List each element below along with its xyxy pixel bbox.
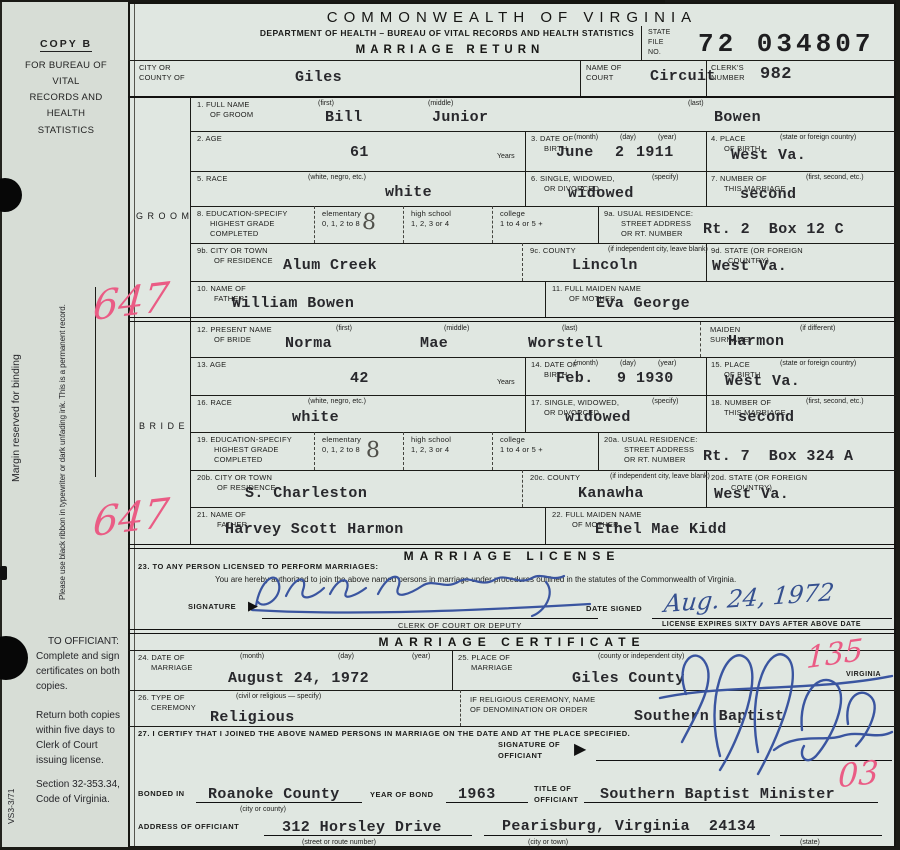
section-separator xyxy=(128,317,896,322)
label-line: NUMBER OF xyxy=(724,398,771,407)
rule xyxy=(190,243,896,244)
label-line: COMPLETED xyxy=(210,229,288,239)
license-expires-note: LICENSE EXPIRES SIXTY DAYS AFTER ABOVE D… xyxy=(662,621,861,628)
state-file-label: STATE FILE NO. xyxy=(648,28,671,58)
hint-independent-city: (if independent city, leave blank) xyxy=(608,246,708,253)
court-value: Circuit xyxy=(650,68,716,85)
label-line: NAME OF xyxy=(586,63,622,73)
scan-edge-top xyxy=(0,0,900,2)
divider xyxy=(545,281,546,318)
hint-specify: (specify) xyxy=(652,398,678,405)
label-line: elementary xyxy=(322,209,361,219)
signature-line xyxy=(262,618,598,619)
field-number: 23. xyxy=(138,562,150,571)
address-of-officiant-label: ADDRESS OF OFFICIANT xyxy=(138,822,239,831)
bride-birth-day: 9 xyxy=(617,370,626,387)
field-number: 4. xyxy=(711,134,718,143)
hint-month: (month) xyxy=(240,653,264,660)
hint-last: (last) xyxy=(688,100,704,107)
label-line: IF RELIGIOUS CEREMONY, NAME xyxy=(470,695,595,705)
ink-stroke xyxy=(286,579,324,597)
instruction-line: within five days to xyxy=(36,723,128,738)
groom-residence-city: Alum Creek xyxy=(283,257,377,274)
clerk-red-mark-groom: 647 xyxy=(92,277,171,327)
field-number: 19. xyxy=(197,435,208,444)
bride-middle-name: Mae xyxy=(420,335,448,352)
field-number: 10. xyxy=(197,284,208,293)
field-number: 9d. xyxy=(711,246,722,255)
label-line: OR RT. NUMBER xyxy=(624,455,698,465)
ink-stroke xyxy=(847,693,874,746)
address-state-line xyxy=(780,835,882,836)
copy-for-line: FOR BUREAU OF VITAL xyxy=(10,58,122,90)
date-signed-line xyxy=(652,618,892,619)
field-number: 14. xyxy=(531,360,542,369)
label-line: COUNTY xyxy=(543,246,576,255)
state-file-number: 72 034807 xyxy=(698,29,874,59)
field-number: 8. xyxy=(197,209,204,218)
label-line: USUAL RESIDENCE: xyxy=(617,209,693,218)
label-line: PLACE xyxy=(720,134,746,143)
officiant-instructions-title: TO OFFICIANT: xyxy=(48,634,128,649)
bride-father-name: Harvey Scott Harmon xyxy=(225,521,404,538)
address-city-line xyxy=(484,835,770,836)
label-line: MARRIAGE xyxy=(151,663,193,673)
ink-stroke xyxy=(774,732,892,750)
bride-residence-county: Kanawha xyxy=(578,485,644,502)
label-line: AGE xyxy=(206,134,222,143)
ink-stroke xyxy=(330,580,366,597)
divider xyxy=(598,206,599,243)
officiant-address-value: 312 Horsley Drive xyxy=(282,819,442,836)
instruction-line: Return both copies xyxy=(36,708,128,723)
scanned-marriage-return: COPY B FOR BUREAU OF VITAL RECORDS AND H… xyxy=(0,0,900,850)
divider xyxy=(598,432,599,470)
rule xyxy=(128,60,896,61)
label-line: FILE xyxy=(648,38,671,48)
label-line: CITY OR TOWN xyxy=(215,473,272,482)
bride-residence-value: Rt. 7 Box 324 A xyxy=(703,448,853,465)
label-line: PLACE xyxy=(724,360,750,369)
groom-marital-value: widowed xyxy=(568,185,634,202)
label-line: CITY OR TOWN xyxy=(210,246,267,255)
divider xyxy=(706,357,707,395)
groom-birth-month: June xyxy=(556,144,594,161)
hint-race: (white, negro, etc.) xyxy=(308,174,366,181)
label-line: CITY OR xyxy=(139,63,185,73)
field-number: 20d. xyxy=(711,473,726,482)
hint-middle: (middle) xyxy=(428,100,453,107)
label-line: OFFICIANT xyxy=(534,795,579,806)
hint-if-different: (if different) xyxy=(800,325,835,332)
label-line: OF GROOM xyxy=(210,110,253,120)
copy-label-block: COPY B FOR BUREAU OF VITAL RECORDS AND H… xyxy=(10,34,122,139)
rule xyxy=(190,281,896,282)
marriage-date-value: August 24, 1972 xyxy=(228,670,369,687)
ink-note: Please use black ribbon in typewriter or… xyxy=(58,304,67,600)
label-line: PLACE OF xyxy=(471,653,510,662)
label-line: CEREMONY xyxy=(151,703,196,713)
divider xyxy=(706,131,707,171)
bride-marriage-number: second xyxy=(738,409,794,426)
label-line: OF DENOMINATION OR ORDER xyxy=(470,705,595,715)
divider-dashed xyxy=(403,206,404,243)
label-line: FULL MAIDEN NAME xyxy=(565,284,641,293)
label-line: DATE OF xyxy=(540,134,573,143)
label-line: PRESENT NAME xyxy=(210,325,271,334)
label-line: USUAL RESIDENCE: xyxy=(622,435,698,444)
label-line: 1 to 4 or 5 + xyxy=(500,445,543,455)
divider xyxy=(525,357,526,395)
instruction-line: Clerk of Court xyxy=(36,738,128,753)
bride-education-grade: 8 xyxy=(366,440,381,462)
binding-note: Margin reserved for binding xyxy=(10,354,22,482)
section-note-line: Code of Virginia. xyxy=(36,792,128,807)
groom-last-name: Bowen xyxy=(714,109,761,126)
hint-first: (first) xyxy=(318,100,334,107)
divider-dashed xyxy=(492,206,493,243)
bonded-in-value: Roanoke County xyxy=(208,786,340,803)
label-line: HIGHEST GRADE xyxy=(210,219,288,229)
field-number: 15. xyxy=(711,360,722,369)
groom-education-grade: 8 xyxy=(361,212,377,235)
label-line: OF BRIDE xyxy=(214,335,272,345)
field-number: 26. xyxy=(138,693,149,702)
field-number: 12. xyxy=(197,325,208,334)
bride-birth-month: Feb. xyxy=(556,370,594,387)
groom-residence-value: Rt. 2 Box 12 C xyxy=(703,221,844,238)
label-line: NUMBER OF xyxy=(720,174,767,183)
instruction-line: certificates on both xyxy=(36,664,128,679)
field-number: 3. xyxy=(531,134,538,143)
date-signed-label: DATE SIGNED xyxy=(586,604,642,613)
code-section-note: Section 32-353.34, Code of Virginia. xyxy=(36,777,128,807)
label-line: OF RESIDENCE xyxy=(214,256,273,266)
divider-dashed xyxy=(403,432,404,470)
hint-day: (day) xyxy=(620,360,636,367)
divider xyxy=(452,650,453,690)
copy-for-line: RECORDS AND HEALTH xyxy=(10,90,122,122)
label-line: STREET ADDRESS xyxy=(624,445,698,455)
label-line: elementary xyxy=(322,435,361,445)
label-line: COMPLETED xyxy=(214,455,292,465)
rule xyxy=(190,131,896,132)
field-number: 16. xyxy=(197,398,208,407)
rule xyxy=(190,171,896,172)
ink-stroke xyxy=(532,582,550,616)
hint-city-or-county: (city or county) xyxy=(240,806,286,813)
label-line: FULL MAIDEN NAME xyxy=(565,510,641,519)
form-name: MARRIAGE RETURN xyxy=(260,44,640,56)
signature-arrow-icon: ▶ xyxy=(574,742,586,758)
hint-year: (year) xyxy=(658,360,676,367)
year-of-bond-label: YEAR OF BOND xyxy=(370,790,434,799)
hint-ceremony: (civil or religious — specify) xyxy=(236,693,321,700)
ink-stroke xyxy=(682,656,709,742)
divider-dashed xyxy=(314,432,315,470)
groom-father-name: William Bowen xyxy=(232,295,354,312)
rule xyxy=(190,395,896,396)
divider-dashed xyxy=(522,243,523,281)
field-number: 17. xyxy=(531,398,542,407)
hint-ordinal: (first, second, etc.) xyxy=(806,174,864,181)
label-line: SIGNATURE OF xyxy=(498,740,560,751)
bride-residence-state: West Va. xyxy=(714,486,789,503)
groom-mother-name: Eva George xyxy=(596,295,690,312)
groom-residence-county: Lincoln xyxy=(572,257,638,274)
rule xyxy=(190,470,896,471)
groom-birth-year: 1911 xyxy=(636,144,674,161)
label-line: NAME OF xyxy=(210,284,246,293)
copy-label: COPY B xyxy=(40,38,92,52)
label-line: college xyxy=(500,209,543,219)
label-line: 1, 2, 3 or 4 xyxy=(411,445,451,455)
label-line: MARRIAGE xyxy=(471,663,513,673)
rule xyxy=(190,206,896,207)
section-note-line: Section 32-353.34, xyxy=(36,777,128,792)
hint-specify: (specify) xyxy=(652,174,678,181)
age-unit: Years xyxy=(497,153,515,160)
field-number: 13. xyxy=(197,360,208,369)
label-line: TITLE OF xyxy=(534,784,579,795)
scan-smudge xyxy=(150,0,220,4)
instruction-line: Complete and sign xyxy=(36,649,128,664)
field-number: 18. xyxy=(711,398,722,407)
groom-age-value: 61 xyxy=(350,144,369,161)
field-number: 6. xyxy=(531,174,538,183)
ink-stroke xyxy=(802,680,842,760)
field-number: 22. xyxy=(552,510,563,519)
label-line: COUNTY xyxy=(547,473,580,482)
hint-month: (month) xyxy=(574,360,598,367)
label-line: TYPE OF xyxy=(151,693,185,702)
state-file-divider xyxy=(641,26,642,60)
hint-state: (state or foreign country) xyxy=(780,134,856,141)
bride-section-label: BRIDE xyxy=(139,421,189,431)
clerk-signature-ink xyxy=(246,564,598,620)
label-line: DATE OF xyxy=(544,360,577,369)
bride-last-name: Worstell xyxy=(528,335,603,352)
divider xyxy=(706,171,707,206)
field-number: 9b. xyxy=(197,246,208,255)
field-number: 5. xyxy=(197,174,204,183)
form-title: COMMONWEALTH OF VIRGINIA xyxy=(128,9,896,26)
rule xyxy=(190,357,896,358)
divider xyxy=(580,60,581,97)
field-number: 9a. xyxy=(604,209,615,218)
groom-marriage-number: second xyxy=(740,186,796,203)
ink-stroke xyxy=(378,576,564,595)
label-line: high school xyxy=(411,435,451,445)
field-number: 1. xyxy=(197,100,204,109)
field-number: 11. xyxy=(552,284,562,293)
label-line: SINGLE, WIDOWED, xyxy=(540,174,615,183)
divider-dashed xyxy=(460,690,461,726)
scan-smudge xyxy=(0,566,7,580)
hint-year: (year) xyxy=(412,653,430,660)
ink-stroke xyxy=(714,655,752,770)
hint-day: (day) xyxy=(620,134,636,141)
groom-residence-state: West Va. xyxy=(712,258,787,275)
bond-year-value: 1963 xyxy=(458,786,496,803)
bride-marital-value: widowed xyxy=(565,409,631,426)
field-number: 20c. xyxy=(530,473,545,482)
hint-year: (year) xyxy=(658,134,676,141)
divider xyxy=(525,171,526,206)
field-number: 2. xyxy=(197,134,204,143)
hint-race: (white, negro, etc.) xyxy=(308,398,366,405)
hint-state: (state) xyxy=(800,839,820,846)
ink-stroke xyxy=(256,578,279,606)
officiant-instructions: TO OFFICIANT: Complete and sign certific… xyxy=(36,634,128,768)
label-line: STATE (OR FOREIGN xyxy=(729,473,808,482)
groom-birth-day: 2 xyxy=(615,144,624,161)
rule xyxy=(190,432,896,433)
label-line: NAME OF xyxy=(210,510,246,519)
label-line: OR RT. NUMBER xyxy=(621,229,693,239)
label-line: 0, 1, 2 to 8 xyxy=(322,445,361,455)
label-line: 0, 1, 2 to 8 xyxy=(322,219,361,229)
label-line: COUNTY OF xyxy=(139,73,185,83)
label-line: EDUCATION-SPECIFY xyxy=(206,209,288,218)
signature-label: SIGNATURE xyxy=(188,602,236,611)
field-number: 9c. xyxy=(530,246,541,255)
rule-heavy xyxy=(128,96,896,98)
divider-dashed xyxy=(492,432,493,470)
hint-street: (street or route number) xyxy=(302,839,376,846)
hint-middle: (middle) xyxy=(444,325,469,332)
groom-middle-name: Junior xyxy=(432,109,488,126)
hint-month: (month) xyxy=(574,134,598,141)
officiant-title-value: Southern Baptist Minister xyxy=(600,786,835,803)
ceremony-type-value: Religious xyxy=(210,709,295,726)
scan-smudge xyxy=(560,0,665,4)
field-number: 25. xyxy=(458,653,469,662)
copy-for-line: STATISTICS xyxy=(10,123,122,139)
hint-ordinal: (first, second, etc.) xyxy=(806,398,864,405)
bride-maiden-surname: Harmon xyxy=(728,333,784,350)
label-line: EDUCATION-SPECIFY xyxy=(210,435,292,444)
divider xyxy=(545,507,546,544)
bride-birth-year: 1930 xyxy=(636,370,674,387)
officiant-city-value: Pearisburg, Virginia 24134 xyxy=(502,818,756,835)
bride-residence-city: S. Charleston xyxy=(245,485,367,502)
hint-last: (last) xyxy=(562,325,578,332)
bride-age-value: 42 xyxy=(350,370,369,387)
bonded-in-label: BONDED IN xyxy=(138,789,185,798)
field-number: 20a. xyxy=(604,435,619,444)
label-line: STREET ADDRESS xyxy=(621,219,693,229)
label-line: NUMBER xyxy=(711,73,745,83)
label-line: OFFICIANT xyxy=(498,751,560,762)
label-line: STATE (OR FOREIGN xyxy=(724,246,803,255)
department-line: DEPARTMENT OF HEALTH – BUREAU OF VITAL R… xyxy=(182,28,712,38)
groom-first-name: Bill xyxy=(325,109,363,126)
clerk-red-mark-bride: 647 xyxy=(92,493,171,543)
groom-section-label: GROOM xyxy=(136,211,194,221)
label-line: HIGHEST GRADE xyxy=(214,445,292,455)
divider xyxy=(706,395,707,432)
label-line: RACE xyxy=(206,174,228,183)
certify-statement: I CERTIFY THAT I JOINED THE ABOVE NAMED … xyxy=(153,729,631,738)
label-line: CLERK'S xyxy=(711,63,745,73)
label-line: college xyxy=(500,435,543,445)
label-line: high school xyxy=(411,209,451,219)
label-line: STATE xyxy=(648,28,671,38)
divider xyxy=(525,131,526,171)
field-number: 7. xyxy=(711,174,718,183)
divider-dashed xyxy=(522,470,523,507)
hint-state: (state or foreign country) xyxy=(780,360,856,367)
label-line: AGE xyxy=(210,360,226,369)
divider-dashed xyxy=(314,206,315,243)
divider-dashed xyxy=(700,322,701,357)
hint-first: (first) xyxy=(336,325,352,332)
instruction-line: issuing license. xyxy=(36,753,128,768)
clerk-red-mark-03: 03 xyxy=(838,756,880,793)
bride-race-value: white xyxy=(292,409,339,426)
label-line: RACE xyxy=(210,398,232,407)
hint-city-or-town: (city or town) xyxy=(528,839,568,846)
label-line: 1, 2, 3 or 4 xyxy=(411,219,451,229)
label-line: 1 to 4 or 5 + xyxy=(500,219,543,229)
divider xyxy=(525,395,526,432)
bride-birthplace: West Va. xyxy=(725,373,800,390)
hint-independent-city: (if independent city, leave blank) xyxy=(610,473,710,480)
ink-stroke xyxy=(755,654,793,774)
bride-first-name: Norma xyxy=(285,335,332,352)
instruction-line: copies. xyxy=(36,679,128,694)
scan-edge-right xyxy=(896,0,900,850)
label-line: SINGLE, WIDOWED, xyxy=(544,398,619,407)
license-heading: MARRIAGE LICENSE xyxy=(128,549,896,563)
bride-mother-name: Ethel Mae Kidd xyxy=(595,521,727,538)
hint-day: (day) xyxy=(338,653,354,660)
label-line: NO. xyxy=(648,48,671,58)
groom-birthplace: West Va. xyxy=(731,147,806,164)
age-unit: Years xyxy=(497,379,515,386)
field-number: 24. xyxy=(138,653,149,662)
signature-arrow-icon: ▶ xyxy=(248,599,258,612)
rule xyxy=(190,507,896,508)
groom-race-value: white xyxy=(385,184,432,201)
label-line: DATE OF xyxy=(151,653,184,662)
label-line: COURT xyxy=(586,73,622,83)
field-number: 20b. xyxy=(197,473,212,482)
field-number: 27. xyxy=(138,729,150,738)
field-number: 21. xyxy=(197,510,208,519)
form-code: VS3-3/71 xyxy=(6,789,16,824)
clerk-number-value: 982 xyxy=(760,65,792,84)
label-line: FULL NAME xyxy=(206,100,250,109)
binding-double-line xyxy=(134,4,135,846)
city-county-value: Giles xyxy=(295,69,342,86)
